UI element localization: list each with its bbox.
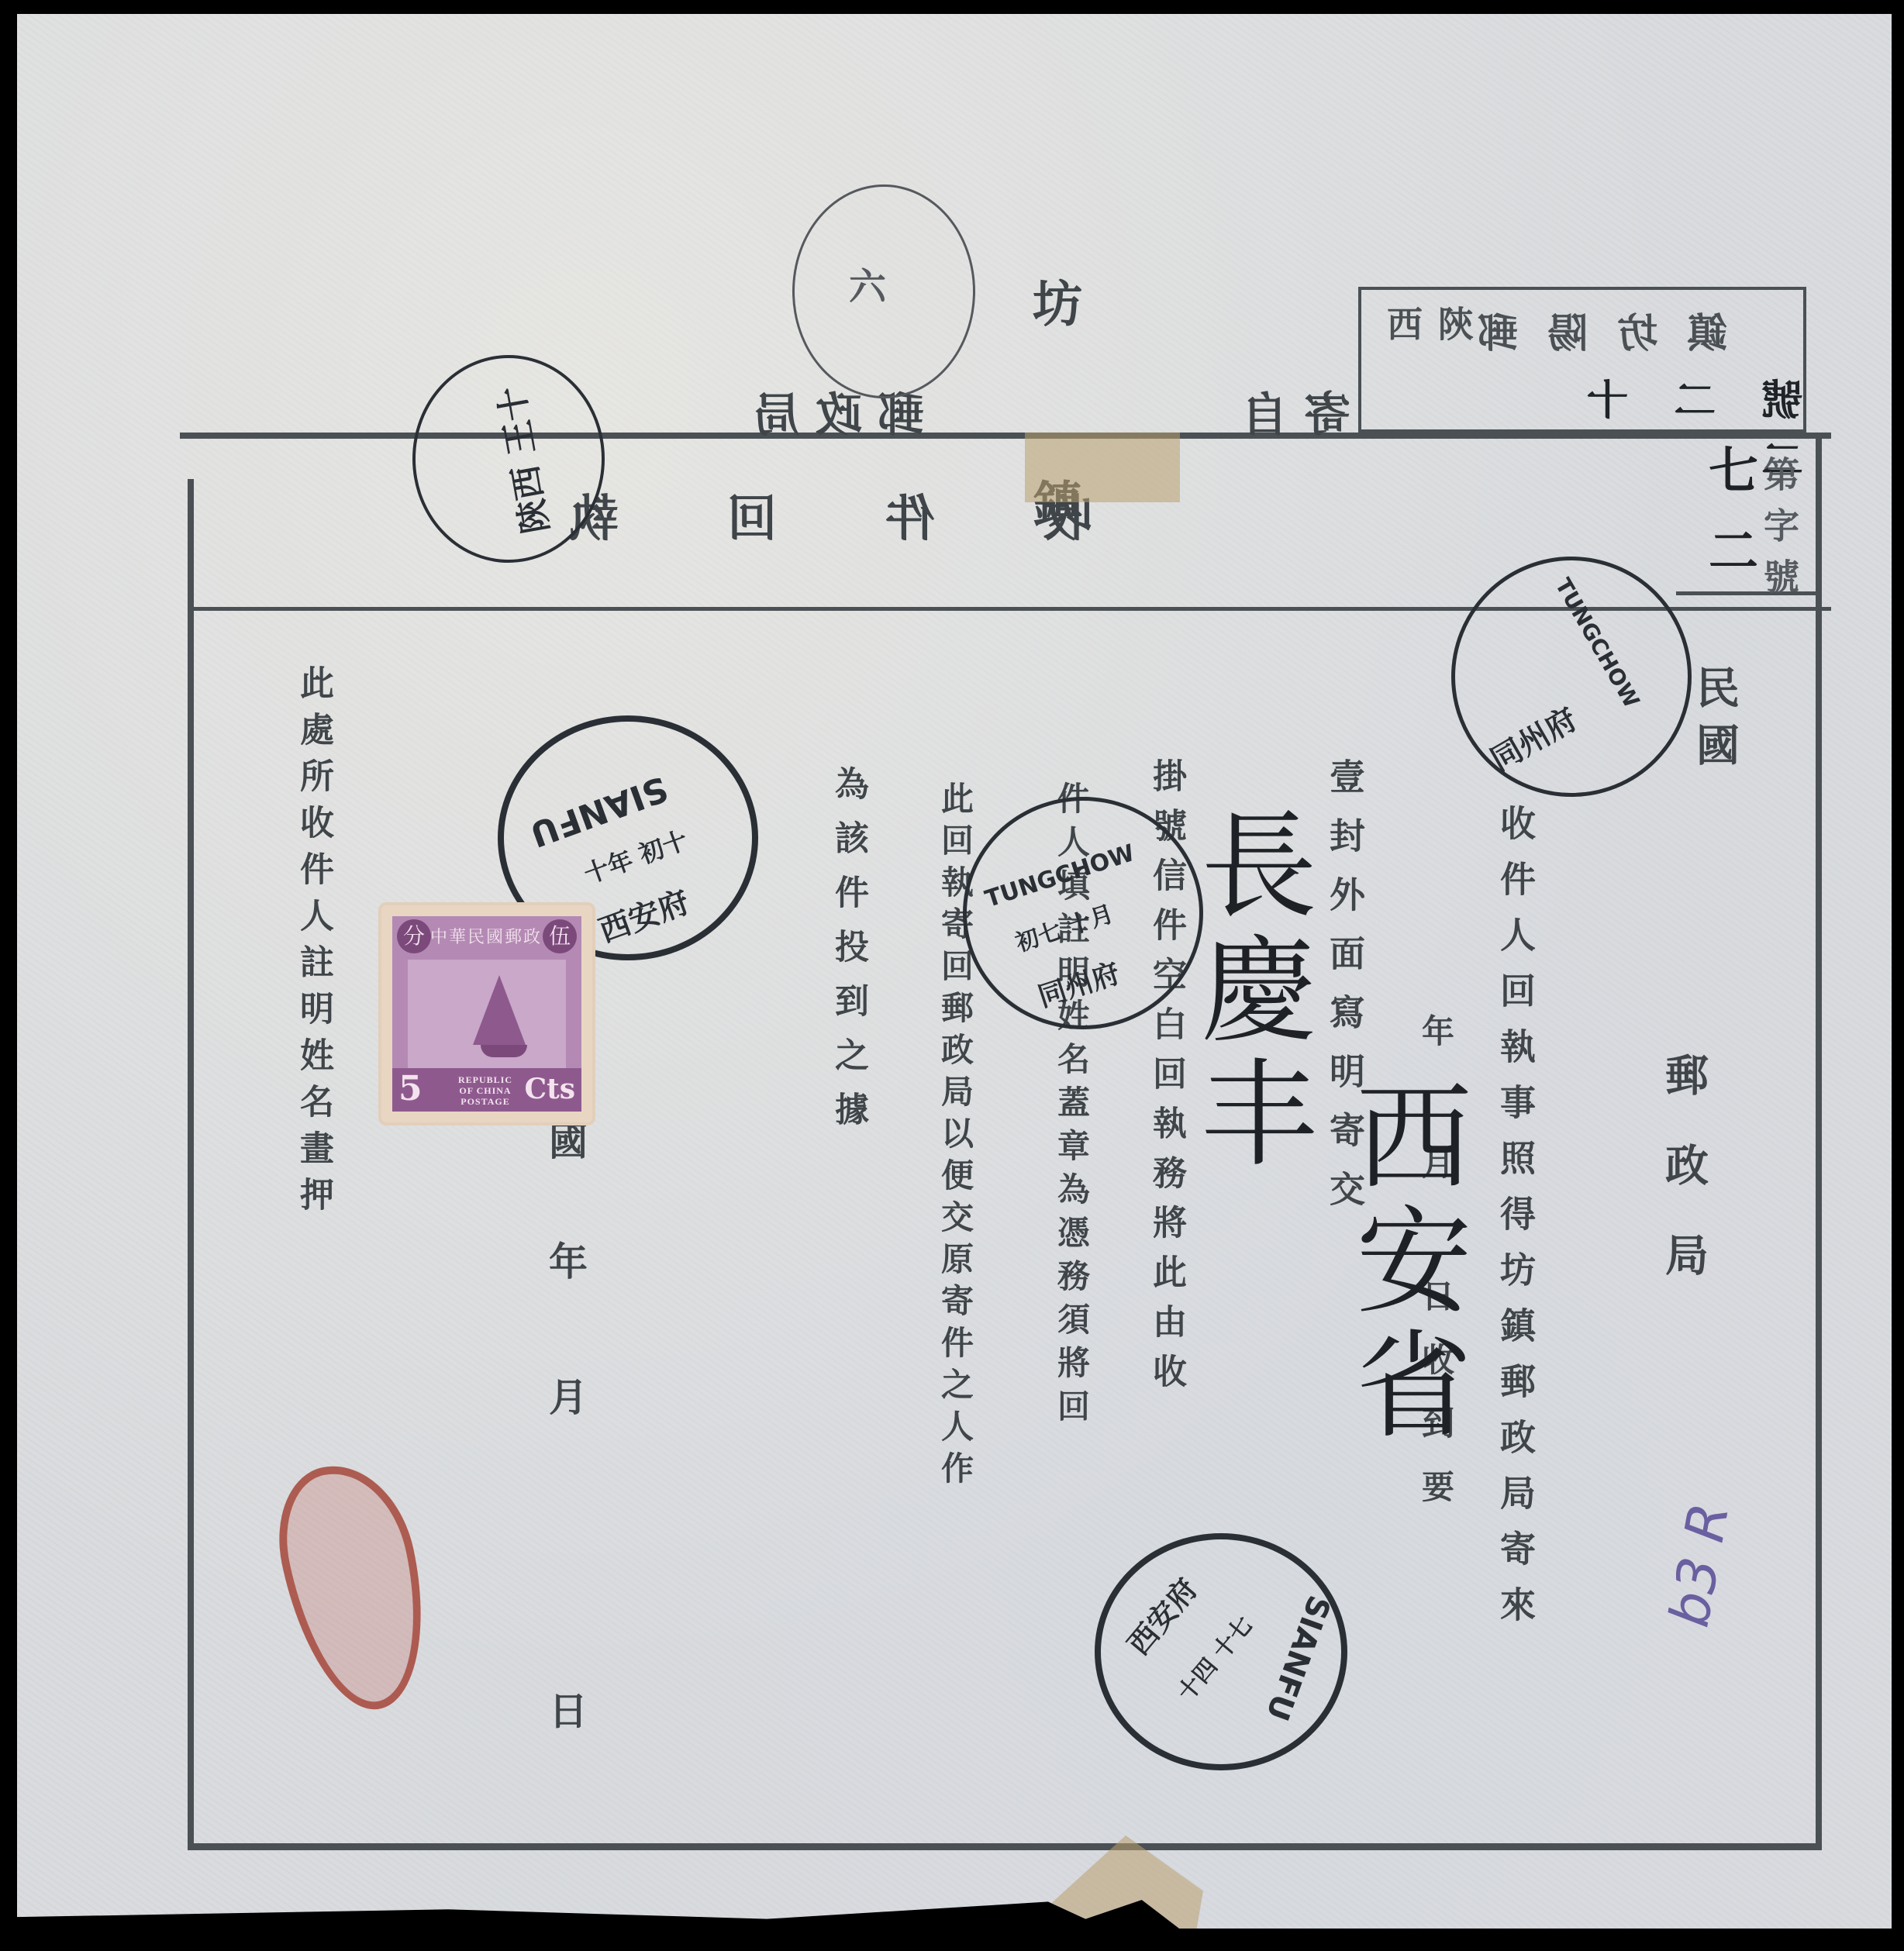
registration-line3: 陝 西 — [1377, 305, 1479, 429]
handwritten-number: 七二 — [1693, 444, 1764, 605]
registration-line1: 鎮 坊 陽 郵 — [1470, 301, 1727, 359]
receipt-paper: 郵政局 寄自 坊 鎮 鎮 坊 陽 郵 號 二 十 二 陝 西 收件回執 第字號 … — [17, 14, 1892, 1929]
frame-left — [188, 607, 194, 1847]
postmark-top-center: 六 — [792, 184, 975, 398]
postmark-tungchow-center: TUNGCHOW 初七 十月 同州府 — [963, 797, 1203, 1029]
pencil-notation: b3 R — [1657, 1498, 1742, 1632]
receipt-title: 收件回執 — [157, 479, 1397, 550]
date-month: 月 — [549, 1367, 588, 1422]
signature-instructions: 此處所收件人註明姓名畫押 — [288, 665, 338, 1223]
handwritten-province: 西安省 — [1319, 1076, 1487, 1448]
tape-patch-bottom — [1048, 1836, 1203, 1936]
postmark-top-left: 陝西 王十 — [412, 355, 605, 563]
red-seal-chop — [264, 1453, 445, 1722]
postmark-sianfu-bottom: SIANFU 十四 十七 西安府 — [1095, 1533, 1347, 1770]
form-col-minguo: 民國 — [1684, 665, 1746, 780]
tape-patch-top — [1025, 433, 1180, 502]
date-year: 年 — [549, 1231, 588, 1287]
frame-right — [1816, 436, 1822, 1847]
registration-box: 鎮 坊 陽 郵 號 二 十 二 陝 西 — [1358, 287, 1806, 433]
frame-bottom — [188, 1843, 1822, 1850]
postmark-tungchow-upper: TUNGCHOW 同州府 — [1451, 557, 1692, 797]
junk-ship-icon — [473, 975, 526, 1045]
date-day: 日 — [549, 1680, 588, 1736]
header-center-label: 寄自 — [1226, 378, 1350, 445]
form-col-post-office: 郵政局 — [1653, 1053, 1715, 1322]
form-col-8: 為該件投到之據 — [823, 766, 873, 1146]
postage-stamp-junk-5-cents: 中華民國郵政 分 伍 5 REPUBLIC OF CHINA POSTAGE C… — [381, 905, 592, 1122]
form-col-2: 收件人回執事照得坊鎮郵政局寄來 — [1490, 805, 1541, 1642]
